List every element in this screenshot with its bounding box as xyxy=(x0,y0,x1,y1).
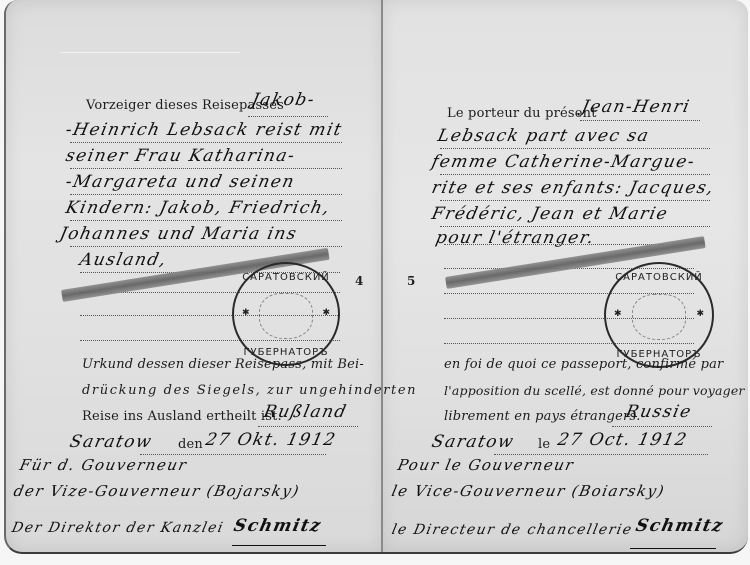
right-place: Saratow xyxy=(430,432,516,452)
dotted-line xyxy=(612,426,712,427)
right-hand-line3: femme Catherine-Margue- xyxy=(430,152,697,172)
dotted-line xyxy=(440,148,710,149)
official-seal-stamp: САРАТОВСКИЙ ✱ ✱ ГУБЕРНАТОРЪ xyxy=(604,262,714,368)
star-icon: ✱ xyxy=(242,308,250,318)
left-sign-line3-label: Der Direktor der Kanzlei xyxy=(10,520,225,536)
dotted-line xyxy=(70,142,342,143)
dotted-line xyxy=(440,174,710,175)
left-hand-line1: Jakob- xyxy=(250,90,317,110)
double-headed-eagle-emblem xyxy=(259,293,313,339)
dotted-line xyxy=(440,226,710,227)
right-hand-line6: pour l'étranger. xyxy=(434,228,597,248)
left-sign-line2: der Vize-Gouverneur (Bojarsky) xyxy=(12,482,302,500)
dotted-line xyxy=(440,200,710,201)
double-headed-eagle-emblem xyxy=(632,294,686,340)
signature-underline xyxy=(232,545,326,546)
official-seal-stamp: САРАТОВСКИЙ ✱ ✱ ГУБЕРНАТОРЪ xyxy=(232,262,340,366)
right-sign-line1: Pour le Gouverneur xyxy=(396,456,576,474)
dotted-line xyxy=(70,246,342,247)
stamp-top-text: САРАТОВСКИЙ xyxy=(234,272,338,283)
star-icon: ✱ xyxy=(614,309,622,319)
page-crease xyxy=(60,52,240,53)
left-hand-line7: Ausland, xyxy=(78,250,169,270)
dotted-line xyxy=(494,454,708,455)
left-den: den xyxy=(178,437,203,452)
left-hand-line6: Johannes und Maria ins xyxy=(58,224,299,244)
right-hand-line5: Frédéric, Jean et Marie xyxy=(430,204,670,224)
right-hand-line4: rite et ses enfants: Jacques, xyxy=(430,178,716,198)
right-hand-line1: Jean-Henri xyxy=(580,97,692,117)
signature-underline xyxy=(630,548,716,549)
right-printed-intro: Le porteur du présent xyxy=(447,106,597,121)
dotted-line xyxy=(444,244,664,245)
dotted-line xyxy=(70,194,342,195)
dotted-line xyxy=(70,168,342,169)
star-icon: ✱ xyxy=(322,308,330,318)
page-number-right: 5 xyxy=(407,274,415,288)
left-hand-line4: -Margareta und seinen xyxy=(64,172,297,192)
book-spine xyxy=(381,0,383,552)
left-printed-para-line1: Urkund dessen dieser Reisepass, mit Bei- xyxy=(82,357,364,372)
right-printed-para-line2: l'apposition du scellé, est donné pour v… xyxy=(444,383,745,398)
left-printed-para-line2: drückung des Siegels, zur ungehinderten xyxy=(82,383,417,398)
passport-scan: Vorzeiger dieses Reisepasses Jakob- -Hei… xyxy=(0,0,750,565)
left-printed-para-line3: Reise ins Ausland ertheilt ist. xyxy=(82,409,282,424)
right-le: le xyxy=(538,437,550,452)
left-hand-line2: -Heinrich Lebsack reist mit xyxy=(64,120,345,140)
dotted-line xyxy=(258,426,358,427)
left-signature: Schmitz xyxy=(232,516,324,536)
right-signature: Schmitz xyxy=(634,516,726,536)
left-hand-line5: Kindern: Jakob, Friedrich, xyxy=(64,198,332,218)
right-sign-line2: le Vice-Gouverneur (Boiarsky) xyxy=(390,482,667,500)
right-printed-para-line3: librement en pays étrangers. xyxy=(444,409,641,424)
left-country: Rußland xyxy=(262,402,349,422)
dotted-line xyxy=(70,220,342,221)
right-date: 27 Oct. 1912 xyxy=(556,430,690,450)
right-hand-line2: Lebsack part avec sa xyxy=(436,126,652,146)
star-icon: ✱ xyxy=(696,309,704,319)
stamp-top-text: САРАТОВСКИЙ xyxy=(606,272,712,283)
left-hand-line3: seiner Frau Katharina- xyxy=(64,146,298,166)
right-sign-line3-label: le Directeur de chancellerie xyxy=(390,522,634,538)
page-number-left: 4 xyxy=(355,274,363,288)
right-printed-para-line1: en foi de quoi ce passeport, confirmé pa… xyxy=(444,357,723,372)
dotted-line xyxy=(580,120,700,121)
dotted-line xyxy=(140,454,326,455)
dotted-line xyxy=(248,116,328,117)
left-date: 27 Okt. 1912 xyxy=(204,430,338,450)
right-country: Russie xyxy=(624,402,694,422)
left-place: Saratow xyxy=(68,432,154,452)
left-sign-line1: Für d. Gouverneur xyxy=(18,456,189,474)
